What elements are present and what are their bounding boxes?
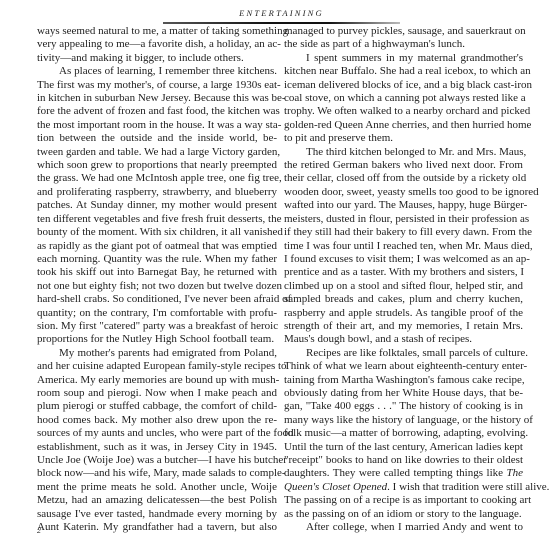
text-line: the grass. We had one McIntosh apple tre…: [37, 172, 277, 185]
text-line: sausage I've ever tasted, handmade every…: [37, 508, 277, 521]
text-line: tion between the outside and the inside …: [37, 132, 277, 145]
text-line: tween garden and table. We had a large V…: [37, 146, 277, 159]
text-line: bounty of the moment. With six children,…: [37, 226, 277, 239]
paragraph-start: As places of learning, I remember three …: [37, 65, 277, 78]
text-line: as rapidly as the giant pot of oatmeal t…: [37, 240, 277, 253]
paragraph-start: Recipes are like folktales, small parcel…: [284, 347, 523, 360]
page-number: 2: [37, 526, 41, 535]
text-line: room soup and pierogi. Now when I make p…: [37, 387, 277, 400]
text-line: sources of my aunts and uncles, who were…: [37, 427, 277, 440]
text-line: to pit and preserve them.: [284, 132, 523, 145]
text-line: folk music—a matter of borrowing, adapti…: [284, 427, 523, 440]
text-line: ten different vegetables and five fresh …: [37, 213, 277, 226]
text-line: and her cuisine adapted European family-…: [37, 360, 277, 373]
left-column: ways seemed natural to me, a matter of t…: [37, 25, 277, 534]
text-line: obviously dating from her White House da…: [284, 387, 523, 400]
text-line: patches. At Sunday dinner, my mother wou…: [37, 199, 277, 212]
text-line: managed to purvey pickles, sausage, and …: [284, 25, 523, 38]
text-line: as the passing on of an idiom or story t…: [284, 508, 523, 521]
text-line: if they still had their bakery to fill e…: [284, 226, 523, 239]
text-line: the side as part of a highwayman's lunch…: [284, 38, 523, 51]
paragraph-start: My mother's parents had emigrated from P…: [37, 347, 277, 360]
text-line: establishment, such as it was, in Jersey…: [37, 441, 277, 454]
text-line: The passing on of a recipe is as importa…: [284, 494, 523, 507]
text-line: which soon grew to proportions that near…: [37, 159, 277, 172]
text-line: iceman delivered blocks of ice, and a bi…: [284, 79, 523, 92]
paragraph-start: The third kitchen belonged to Mr. and Mr…: [284, 146, 523, 159]
text-line: wooden door, sweet, yeasty smells too go…: [284, 186, 523, 199]
text-line: fore the advent of frozen and fast food,…: [37, 105, 277, 118]
text-line: many ways like the history of language, …: [284, 414, 523, 427]
text-line-with-italic: daughters. They were called tempting thi…: [284, 467, 523, 480]
text-line: not one but eighty fish; not two dozen b…: [37, 280, 277, 293]
right-column: managed to purvey pickles, sausage, and …: [284, 25, 523, 534]
text-fragment: . I wish that tradition were still alive…: [387, 481, 549, 493]
text-line: coal stove, on which a canning pot alway…: [284, 92, 523, 105]
text-line: hard-shell crabs. So conditioned, I've n…: [37, 293, 277, 306]
text-line: Metzu, had an amazing delicatessen—the b…: [37, 494, 277, 507]
text-line: the most important room in the house. It…: [37, 119, 277, 132]
text-line: sampled breads and cakes, plum and cherr…: [284, 293, 523, 306]
text-line: their cellar, closed off from the outsid…: [284, 172, 523, 185]
text-line: I found excuses to visit them; I was wel…: [284, 253, 523, 266]
text-line: block now—and his wife, Mary, made salad…: [37, 467, 277, 480]
text-line: time I was four until I reached ten, whe…: [284, 240, 523, 253]
text-line: Maus's dough bowl, and a stash of recipe…: [284, 333, 523, 346]
text-line: ment the prime meats he sold. Another un…: [37, 481, 277, 494]
text-line: wafted into our yard. The Mauses, happy,…: [284, 199, 523, 212]
text-line: Aunt Katerin. My grandfather had a taver…: [37, 521, 277, 534]
text-line: in kitchen in suburban New Jersey. Becau…: [37, 92, 277, 105]
text-line-with-italic: Queen's Closet Opened. I wish that tradi…: [284, 481, 523, 494]
text-line: each morning. Quantity was the rule. Whe…: [37, 253, 277, 266]
text-line: Uncle Joe (Woije Joe) was a butcher—I ha…: [37, 454, 277, 467]
text-line: sion. My first "catered" party was a bre…: [37, 320, 277, 333]
text-line: ways seemed natural to me, a matter of t…: [37, 25, 277, 38]
text-line: America. My early memories are bound up …: [37, 374, 277, 387]
text-line: Think of what we learn about eighteenth-…: [284, 360, 523, 373]
running-head: ENTERTAINING: [163, 8, 400, 18]
text-line: golden-red Queen Anne cherries, and then…: [284, 119, 523, 132]
paragraph-start: I spent summers in my maternal grandmoth…: [284, 52, 523, 65]
text-line: climbed up on a stool and sifted flour, …: [284, 280, 523, 293]
text-line: very appealing to me—a favorite dish, a …: [37, 38, 277, 51]
paragraph-start: After college, when I married Andy and w…: [284, 521, 523, 534]
text-line: gan, "Take 400 eggs . . ." The history o…: [284, 400, 523, 413]
text-line: trophy. We often walked to a nearby orch…: [284, 105, 523, 118]
text-line: and proliferating raspberry, strawberry,…: [37, 186, 277, 199]
text-line: strength of their art, and my memories, …: [284, 320, 523, 333]
text-line: "receipt" books to hand on like dowries …: [284, 454, 523, 467]
text-line: took his skiff out into Barnegat Bay, he…: [37, 266, 277, 279]
text-line: hood comes back. My mother also drew upo…: [37, 414, 277, 427]
text-line: prentice and as a taster. With my brothe…: [284, 266, 523, 279]
text-line: kitchen near Buffalo. She had a real ice…: [284, 65, 523, 78]
text-line: tivity—and making it bigger, to include …: [37, 52, 277, 65]
header-rule: [163, 22, 400, 24]
text-line: the retired German bakers who lived next…: [284, 159, 523, 172]
text-line: The first was my mother's, of course, a …: [37, 79, 277, 92]
text-line: raspberry and apple strudels. As tangibl…: [284, 307, 523, 320]
book-title-italic: The: [507, 467, 524, 479]
text-line: meisters, dusted in flour, persisted in …: [284, 213, 523, 226]
text-line: quantity; on the contrary, I'm comfortab…: [37, 307, 277, 320]
text-line: proportions for the Nutley High School f…: [37, 333, 277, 346]
text-line: plum pierogi or stuffed cabbage, the com…: [37, 400, 277, 413]
book-title-italic: Queen's Closet Opened: [284, 481, 387, 493]
text-fragment: daughters. They were called tempting thi…: [284, 467, 503, 479]
text-line: taining from Martha Washington's famous …: [284, 374, 523, 387]
text-line: Until the turn of the last century, Amer…: [284, 441, 523, 454]
